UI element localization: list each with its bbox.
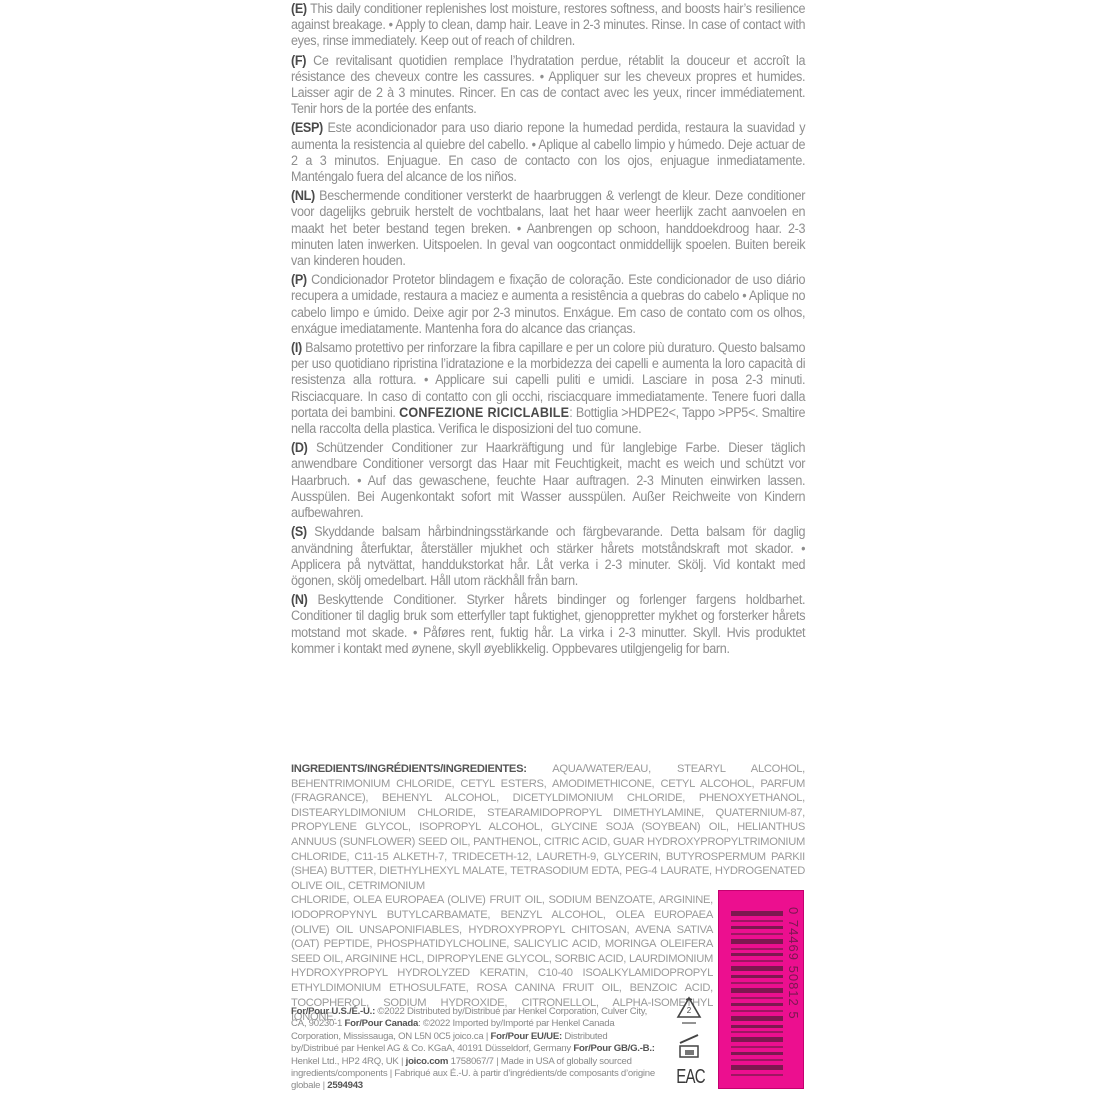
paragraph-text: Schützender Conditioner zur Haarkräftigu…: [291, 440, 805, 520]
lang-code: (E): [291, 1, 307, 16]
us-label: For/Pour U.S./É.-U.:: [291, 1006, 375, 1017]
barcode-digits: 0 74469 50812 5: [787, 907, 801, 1077]
paragraph-text: Este acondicionador para uso diario repo…: [291, 120, 805, 184]
lang-code: (S): [291, 524, 307, 539]
recycle-label: CONFEZIONE RICICLABILE: [399, 405, 569, 420]
paragraph-text: Ce revitalisant quotidien remplace l’hyd…: [291, 53, 805, 117]
gb-text: Henkel Ltd., HP2 4RQ, UK |: [291, 1056, 403, 1067]
eu-label: For/Pour EU/UE:: [488, 1031, 562, 1042]
paragraph-french: (F) Ce revitalisant quotidien remplace l…: [291, 53, 805, 118]
barcode-bars: [731, 911, 783, 1076]
eac-mark-icon: EAC: [676, 1066, 702, 1089]
lang-code: (NL): [291, 188, 315, 203]
lang-code: (D): [291, 440, 307, 455]
distributor-footer: For/Pour U.S./É.-U.: ©2022 Distributed b…: [291, 1006, 656, 1093]
paragraph-spanish: (ESP) Este acondicionador para uso diari…: [291, 120, 805, 185]
compliance-icons: 2 EAC: [672, 996, 706, 1089]
paragraph-text: Condicionador Protetor blindagem e fixaç…: [291, 272, 805, 336]
paragraph-portuguese: (P) Condicionador Protetor blindagem e f…: [291, 272, 805, 337]
ingredients-text: AQUA/WATER/EAU, STEARYL ALCOHOL, BEHENTR…: [291, 763, 805, 892]
canada-label: For/Pour Canada: [342, 1018, 418, 1029]
lang-code: (I): [291, 340, 302, 355]
paragraph-text: Beschermende conditioner versterkt de ha…: [291, 188, 805, 268]
lang-code: (ESP): [291, 120, 323, 135]
lang-code: (N): [291, 592, 307, 607]
paragraph-dutch: (NL) Beschermende conditioner versterkt …: [291, 188, 805, 269]
paragraph-text: Skyddande balsam hårbindningsstärkande o…: [291, 524, 805, 588]
recycle-hdpe-icon: 2: [676, 996, 702, 1026]
lang-code: (P): [291, 272, 307, 287]
paragraph-english: (E) This daily conditioner replenishes l…: [291, 1, 805, 50]
website-link[interactable]: joico.com: [403, 1056, 448, 1067]
paragraph-swedish: (S) Skyddande balsam hårbindningsstärkan…: [291, 524, 805, 589]
barcode: 0 74469 50812 5: [718, 890, 804, 1089]
lang-code: (F): [291, 53, 306, 68]
ingredients-narrow-block: CHLORIDE, OLEA EUROPAEA (OLIVE) FRUIT OI…: [291, 893, 713, 1024]
product-code: 2594943: [325, 1080, 363, 1091]
paragraph-german: (D) Schützender Conditioner zur Haarkräf…: [291, 440, 805, 521]
label-text-panel: (E) This daily conditioner replenishes l…: [291, 1, 805, 660]
paragraph-text: This daily conditioner replenishes lost …: [291, 1, 805, 48]
gb-label: For/Pour GB/G.-B.:: [573, 1043, 654, 1054]
paragraph-text: Beskyttende Conditioner. Styrker hårets …: [291, 592, 805, 656]
paragraph-norwegian: (N) Beskyttende Conditioner. Styrker hår…: [291, 592, 805, 657]
paragraph-italian: (I) Balsamo protettivo per rinforzare la…: [291, 340, 805, 437]
ingredients-label: INGREDIENTS/INGRÉDIENTS/INGREDIENTES:: [291, 763, 527, 775]
ingredients-wide-block: INGREDIENTS/INGRÉDIENTS/INGREDIENTES: AQ…: [291, 762, 805, 893]
svg-text:2: 2: [687, 1006, 692, 1015]
shelf-life-jar-icon: [676, 1032, 702, 1060]
